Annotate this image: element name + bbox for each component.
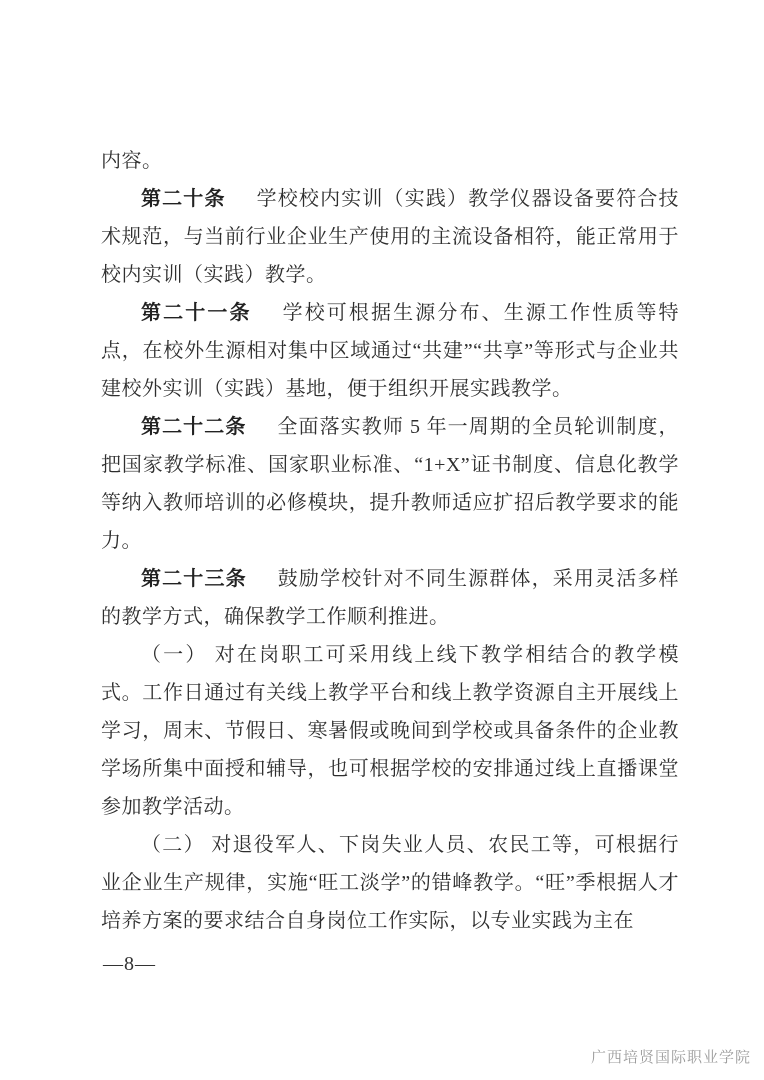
document-body: 内容。 第二十条学校校内实训（实践）教学仪器设备要符合技术规范，与当前行业企业生… [101,142,679,940]
list-item-paragraph: （二） 对退役军人、下岗失业人员、农民工等，可根据行业企业生产规律，实施“旺工淡… [101,826,679,940]
paragraph-text: 内容。 [101,150,163,172]
document-page: 内容。 第二十条学校校内实训（实践）教学仪器设备要符合技术规范，与当前行业企业生… [0,0,764,1080]
article-paragraph: 第二十二条全面落实教师 5 年一周期的全员轮训制度，把国家教学标准、国家职业标准… [101,408,679,560]
article-number: 第二十二条 [141,416,246,438]
list-item-paragraph: （一） 对在岗职工可采用线上线下教学相结合的教学模式。工作日通过有关线上教学平台… [101,636,679,826]
article-paragraph: 第二十一条学校可根据生源分布、生源工作性质等特点，在校外生源相对集中区域通过“共… [101,294,679,408]
article-paragraph: 第二十三条鼓励学校针对不同生源群体，采用灵活多样的教学方式，确保教学工作顺利推进… [101,560,679,636]
footer-watermark: 广西培贤国际职业学院 [591,1046,751,1067]
article-paragraph: 第二十条学校校内实训（实践）教学仪器设备要符合技术规范，与当前行业企业生产使用的… [101,180,679,294]
paragraph-text: （二） 对退役军人、下岗失业人员、农民工等，可根据行业企业生产规律，实施“旺工淡… [101,834,679,932]
paragraph-continuation: 内容。 [101,142,679,180]
article-number: 第二十一条 [141,302,252,324]
article-number: 第二十三条 [141,568,247,590]
paragraph-text: （一） 对在岗职工可采用线上线下教学相结合的教学模式。工作日通过有关线上教学平台… [101,644,679,818]
article-number: 第二十条 [141,188,226,210]
page-number: —8— [103,953,156,976]
